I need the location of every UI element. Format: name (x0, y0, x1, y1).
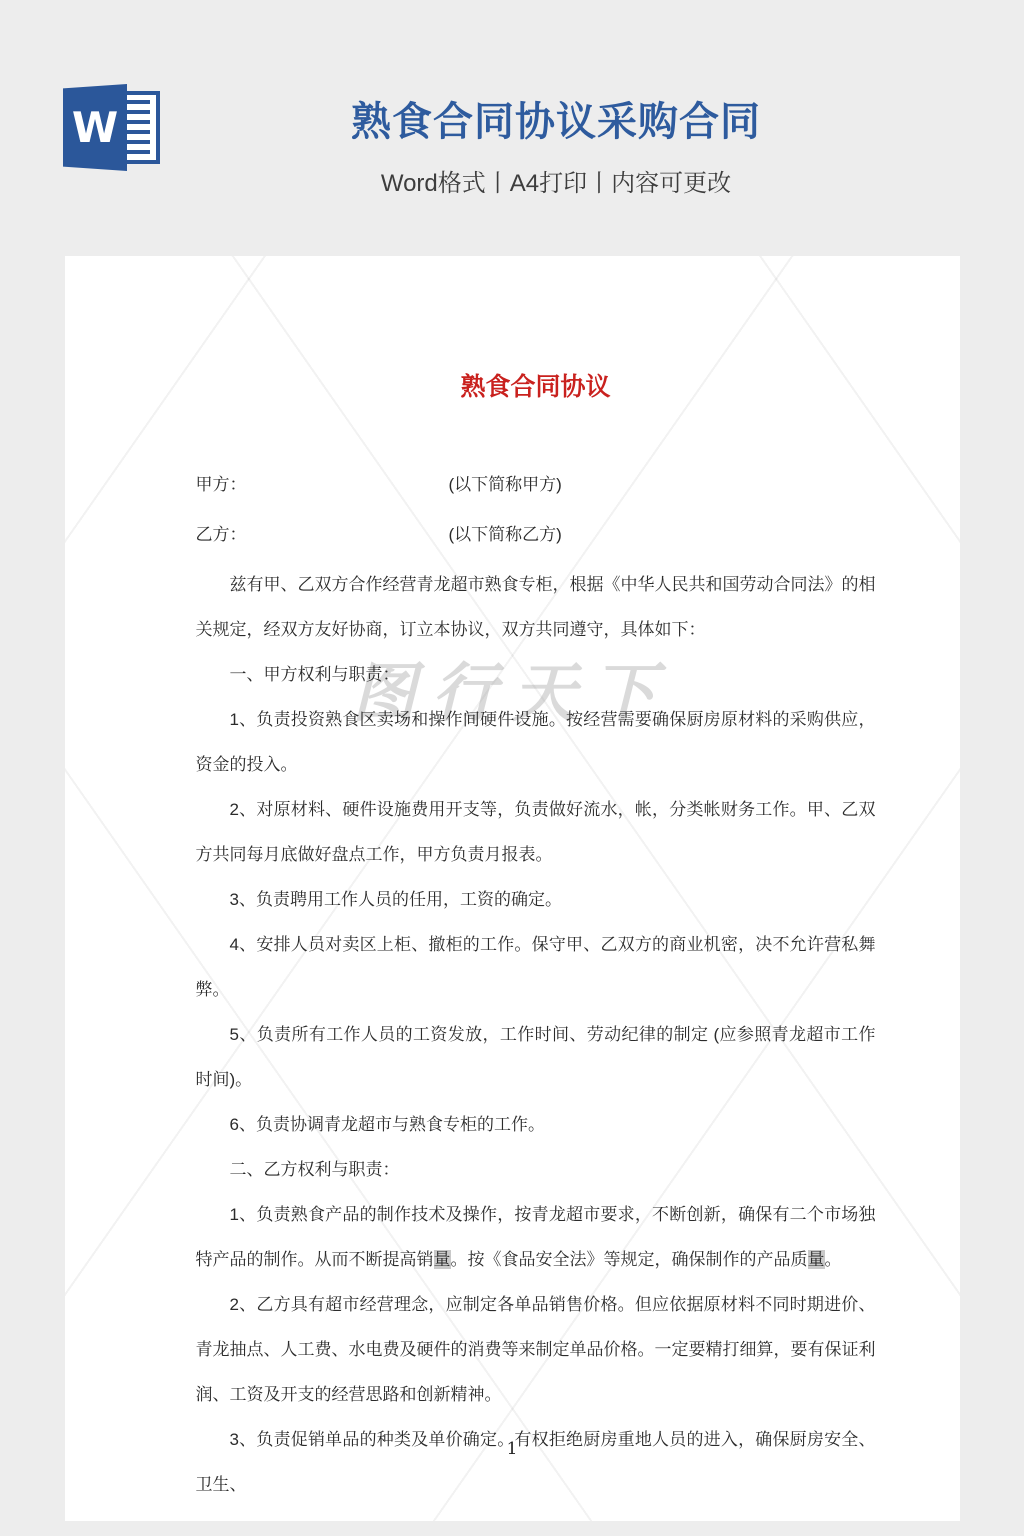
paragraph: 3、负责促销单品的种类及单价确定。有权拒绝厨房重地人员的进入，确保厨房安全、卫生… (196, 1417, 876, 1507)
word-icon: W (63, 84, 160, 171)
party-label: 甲方： (196, 475, 247, 494)
party-line: 甲方：(以下简称甲方) (196, 460, 876, 510)
page-number: 1 (65, 1439, 960, 1459)
paragraph: 4、安排人员对卖区上柜、撤柜的工作。保守甲、乙双方的商业机密，决不允许营私舞弊。 (196, 922, 876, 1012)
paragraphs: 兹有甲、乙双方合作经营青龙超市熟食专柜，根据《中华人民共和国劳动合同法》的相关规… (196, 562, 876, 1507)
party-line: 乙方：(以下简称乙方) (196, 510, 876, 560)
party-note: (以下简称甲方) (449, 460, 562, 510)
document-page: 图行天下 熟食合同协议 甲方：(以下简称甲方)乙方：(以下简称乙方) 兹有甲、乙… (65, 256, 960, 1521)
template-title: 熟食合同协议采购合同 (88, 90, 1024, 147)
header: W 熟食合同协议采购合同 Word格式丨A4打印丨内容可更改 (0, 0, 1024, 256)
paragraph: 2、乙方具有超市经营理念，应制定各单品销售价格。但应依据原材料不同时期进价、青龙… (196, 1282, 876, 1417)
document-content: 熟食合同协议 甲方：(以下简称甲方)乙方：(以下简称乙方) 兹有甲、乙双方合作经… (65, 256, 960, 1507)
paragraph: 5、负责所有工作人员的工资发放，工作时间、劳动纪律的制定 (应参照青龙超市工作时… (196, 1012, 876, 1102)
party-label: 乙方： (196, 525, 247, 544)
document-title: 熟食合同协议 (196, 368, 876, 406)
paragraph: 6、负责协调青龙超市与熟食专柜的工作。 (196, 1102, 876, 1147)
paragraph: 1、负责熟食产品的制作技术及操作，按青龙超市要求，不断创新，确保有二个市场独特产… (196, 1192, 876, 1282)
party-note: (以下简称乙方) (449, 510, 562, 560)
paragraph: 3、负责聘用工作人员的任用，工资的确定。 (196, 877, 876, 922)
paragraph: 二、乙方权利与职责： (196, 1147, 876, 1192)
word-icon-letter: W (63, 84, 127, 171)
template-subtitle: Word格式丨A4打印丨内容可更改 (88, 163, 1024, 198)
paragraph: 兹有甲、乙双方合作经营青龙超市熟食专柜，根据《中华人民共和国劳动合同法》的相关规… (196, 562, 876, 652)
parties: 甲方：(以下简称甲方)乙方：(以下简称乙方) (196, 460, 876, 560)
paragraph: 1、负责投资熟食区卖场和操作间硬件设施。按经营需要确保厨房原材料的采购供应，资金… (196, 697, 876, 787)
paragraph: 一、甲方权利与职责： (196, 652, 876, 697)
paragraph: 2、对原材料、硬件设施费用开支等，负责做好流水，帐，分类帐财务工作。甲、乙双方共… (196, 787, 876, 877)
